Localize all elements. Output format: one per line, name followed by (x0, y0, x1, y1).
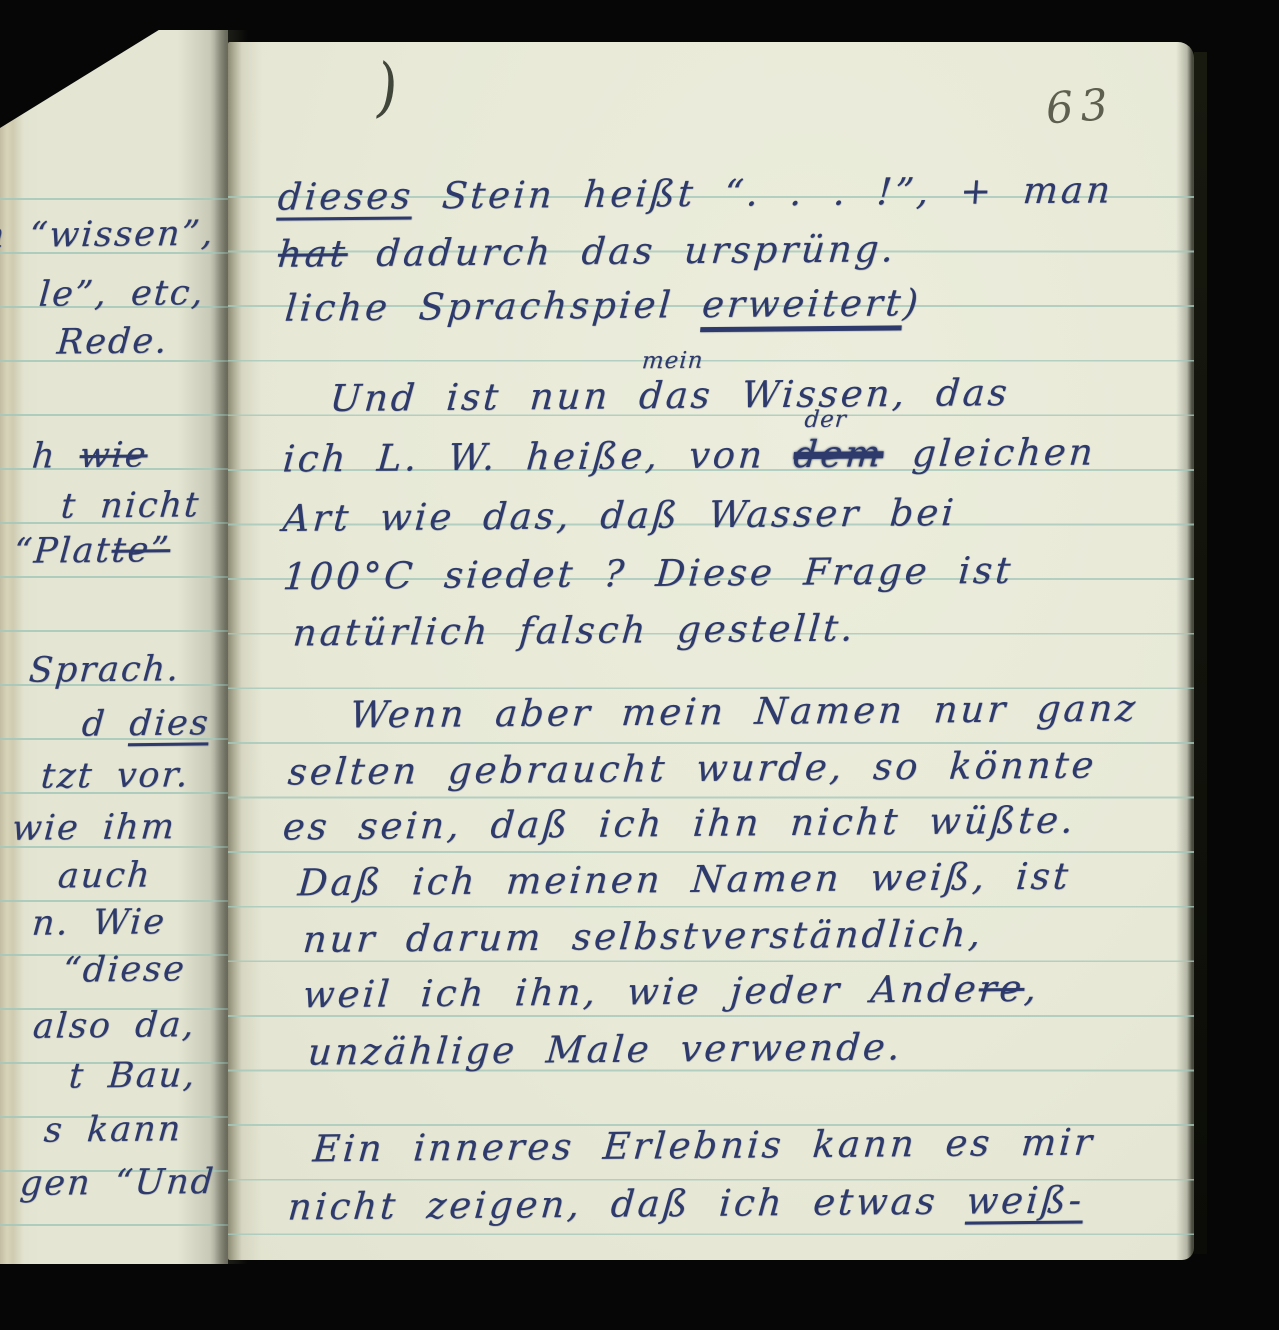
fragment-text: Sprach. (27, 649, 181, 691)
inserted-word-above-line: mein (641, 348, 705, 375)
left-page-fragment: s kann (42, 1109, 183, 1150)
handwritten-line: nur darum selbstverständlich, (301, 912, 985, 961)
left-page-fragment: “Platte” (12, 530, 171, 572)
handwritten-line: Und ist nun meindas Wissen, das (328, 371, 1011, 420)
left-page-fragment: Sprach. (27, 649, 181, 691)
fragment-text: d (81, 704, 132, 745)
line-text: nur darum selbstverständlich, (301, 912, 985, 961)
left-page-fragment: Rede. (55, 321, 169, 362)
line-text: 100°C siedet ? Diese Frage ist (281, 549, 1015, 598)
fragment-text: tzt vor. (40, 755, 192, 797)
line-text: liche Sprachspiel (283, 283, 704, 330)
fragment-text: Rede. (55, 321, 169, 362)
line-text: Art wie das, daß Wasser bei (281, 491, 958, 540)
fragment-text: auch (57, 855, 154, 896)
handwritten-line: weil ich ihn, wie jeder Andere, (301, 967, 1041, 1016)
handwritten-line: Ein inneres Erlebnis kann es mir (311, 1121, 1096, 1171)
fragment-text: m “wissen”, (0, 214, 217, 257)
line-text: Ein inneres Erlebnis kann es mir (311, 1121, 1096, 1171)
inserted-word-above-line: der (803, 407, 847, 433)
underlined-word: dieses (276, 174, 415, 218)
struck-word: hat (276, 232, 349, 276)
fragment-text: s kann (42, 1109, 183, 1150)
line-text: Daß ich meinen Namen weiß, ist (296, 855, 1072, 905)
handwritten-line: selten gebraucht wurde, so könnte (286, 743, 1098, 793)
line-text: Stein heißt “. . . !”, + man (412, 168, 1115, 217)
fragment-strikethrough: te” (110, 530, 172, 571)
fragment-text: also da, (32, 1005, 198, 1047)
line-text: weil ich ihn, wie jeder Ande (301, 967, 980, 1016)
notebook-cover-edge (1194, 52, 1207, 1254)
closing-parenthesis-mark: ) (372, 50, 403, 127)
line-text: dadurch das ursprüng. (346, 227, 898, 275)
left-page-fragment: auch (57, 855, 154, 896)
handwritten-line: nicht zeigen, daß ich etwas weiß- (286, 1179, 1086, 1229)
line-text: unzählige Male verwende. (306, 1025, 904, 1073)
line-text: ) (902, 281, 923, 324)
line-text: Und ist nun (328, 374, 641, 420)
fragment-text: “diese (62, 949, 188, 990)
struck-letters: re (977, 967, 1026, 1010)
fragment-text: “Plat (12, 531, 113, 572)
scribbled-out-word: dem (792, 432, 885, 476)
handwritten-line: Daß ich meinen Namen weiß, ist (296, 855, 1072, 905)
left-page-fragment: n. Wie (30, 902, 167, 943)
insertion-site: derdem (792, 432, 885, 476)
fragment-text: h (31, 436, 82, 477)
left-page-fragment: h wie (31, 435, 150, 476)
line-text: Wenn aber mein Namen nur ganz (348, 687, 1139, 737)
handwritten-line: unzählige Male verwende. (306, 1025, 904, 1073)
fragment-text: n. Wie (30, 902, 167, 943)
left-page-fragment: “diese (62, 949, 188, 990)
fragment-text: le”, etc, (38, 273, 207, 315)
right-page: ) 63 dieses Stein heißt “. . . !”, + man… (228, 42, 1194, 1260)
left-page-fragment: t nicht (59, 485, 201, 526)
handwritten-line: liche Sprachspiel erweitert) (283, 281, 922, 330)
left-page-fragment: le”, etc, (38, 273, 207, 315)
line-text: selten gebraucht wurde, so könnte (286, 743, 1098, 793)
handwritten-line: Art wie das, daß Wasser bei (281, 491, 958, 540)
left-page-fragment: also da, (32, 1005, 198, 1047)
fragment-strikethrough: wie (79, 435, 150, 476)
notebook-scan: m “wissen”, le”, etc, Rede. h wie t nich… (0, 0, 1279, 1330)
handwritten-line: ich L. W. heiße, von derdem gleichen (281, 430, 1097, 480)
handwritten-line: hat dadurch das ursprüng. (276, 227, 898, 275)
underlined-word: weiß- (965, 1179, 1086, 1223)
line-text: nicht zeigen, daß ich etwas (286, 1180, 968, 1229)
left-page: m “wissen”, le”, etc, Rede. h wie t nich… (0, 30, 228, 1264)
fragment-underlined: dies (128, 703, 211, 744)
left-page-fragment: m “wissen”, (0, 214, 217, 257)
line-text: gleichen (882, 430, 1098, 475)
line-text: ich L. W. heiße, von (281, 433, 795, 480)
fragment-text: gen “Und (18, 1162, 216, 1204)
handwritten-line: natürlich falsch gestellt. (291, 607, 857, 655)
handwritten-line: es sein, daß ich ihn nicht wüßte. (281, 799, 1077, 849)
fragment-text: t Bau, (67, 1055, 198, 1096)
left-page-fragment: tzt vor. (40, 755, 192, 797)
fragment-text: wie ihm (11, 807, 178, 849)
page-number: 63 (1044, 80, 1116, 135)
handwritten-line: dieses Stein heißt “. . . !”, + man (276, 168, 1114, 218)
left-page-fragment: d dies (81, 703, 212, 744)
left-page-fragment: gen “Und (18, 1162, 216, 1204)
handwritten-line: Wenn aber mein Namen nur ganz (348, 687, 1139, 737)
line-text: es sein, daß ich ihn nicht wüßte. (281, 799, 1077, 849)
handwritten-line: 100°C siedet ? Diese Frage ist (281, 549, 1015, 598)
line-text: natürlich falsch gestellt. (291, 607, 857, 655)
fragment-text: t nicht (59, 485, 201, 526)
left-page-fragment: wie ihm (11, 807, 178, 849)
underlined-word: erweitert (701, 281, 906, 326)
left-page-fragment: t Bau, (67, 1055, 198, 1096)
